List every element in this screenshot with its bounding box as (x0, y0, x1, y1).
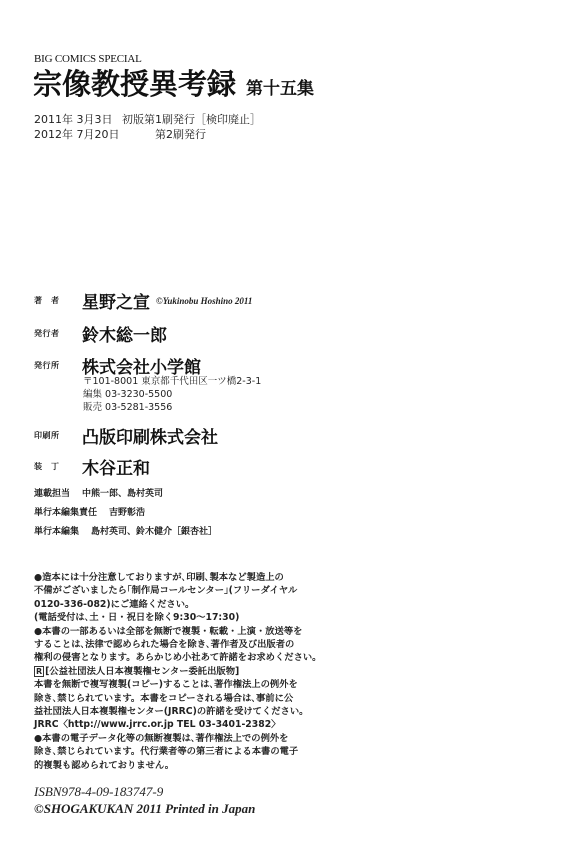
edition-line-2: 2012年 7月20日 第2刷発行 (34, 126, 206, 142)
publisher-copyright: ©SHOGAKUKAN 2011 Printed in Japan (34, 801, 255, 817)
notice-line: 0120-336-082)にご連絡ください。 (34, 598, 321, 611)
editor-label: 単行本編集責任 (34, 508, 97, 518)
notice-line: 本書を無断で複写複製(コピー)することは､著作権法上の例外を (34, 678, 321, 691)
credit-design: 装 丁 木谷正和 (34, 454, 150, 479)
credit-author: 著 者 星野之宣 ©Yukinobu Hoshino 2011 (34, 288, 252, 313)
edition-label: 初版第1刷発行［検印廃止］ (122, 111, 261, 127)
edition-line-1: 2011年 3月3日 初版第1刷発行［検印廃止］ (34, 111, 261, 127)
credit-label: 装 丁 (34, 461, 82, 472)
editor-label: 連載担当 (34, 489, 70, 499)
notice-line: 不備がございましたら｢制作局コールセンター｣(フリーダイヤル (34, 584, 321, 597)
edition-label: 第2刷発行 (122, 126, 206, 142)
notice-line: 除き､禁じられています。代行業者等の第三者による本書の電子 (34, 745, 321, 758)
editor-label: 単行本編集 (34, 527, 79, 537)
credit-label: 著 者 (34, 295, 82, 306)
issuer-name: 鈴木総一郎 (82, 321, 167, 346)
title-row: 宗像教授異考録 第十五集 (33, 67, 314, 101)
notice-line: 権利の侵害となります。あらかじめ小社あて許諾をお求めください。 (34, 651, 321, 664)
publisher-editorial-phone: 編集 03-3230-5500 (83, 386, 172, 400)
volume-number: 第十五集 (246, 74, 314, 99)
publisher-sales-phone: 販売 03-5281-3556 (83, 399, 172, 413)
credit-label: 印刷所 (34, 430, 82, 441)
editor-line: 連載担当中熊一郎、島村英司 (34, 486, 163, 499)
editor-value: 島村英司、鈴木健介［銀杏社］ (91, 527, 217, 537)
publisher-address: 〒101-8001 東京都千代田区一ツ橋2-3-1 (83, 373, 261, 387)
series-name: BIG COMICS SPECIAL (34, 53, 142, 65)
credit-printer: 印刷所 凸版印刷株式会社 (34, 423, 218, 448)
notice-line: (電話受付は､土・日・祝日を除く9:30〜17:30) (34, 611, 321, 624)
legal-notice: ●造本には十分注意しておりますが､印刷､製本など製造上の 不備がございましたら｢… (34, 571, 321, 772)
credit-label: 発行所 (34, 360, 82, 371)
author-copyright: ©Yukinobu Hoshino 2011 (156, 296, 252, 306)
edition-date: 2011年 3月3日 (34, 111, 122, 127)
author-name: 星野之宣 (82, 288, 150, 313)
notice-line: 除き､禁じられています。本書をコピーされる場合は､事前に公 (34, 692, 321, 705)
notice-line: JRRC〈http://www.jrrc.or.jp TEL 03-3401-2… (34, 718, 321, 731)
notice-line: ●本書の電子データ化等の無断複製は､著作権法上での例外を (34, 732, 321, 745)
notice-line: [公益社団法人日本複製権センター委託出版物] (45, 666, 239, 677)
printer-name: 凸版印刷株式会社 (82, 423, 218, 448)
notice-line: 的複製も認められておりません。 (34, 759, 321, 772)
edition-date: 2012年 7月20日 (34, 126, 122, 142)
editor-line: 単行本編集島村英司、鈴木健介［銀杏社］ (34, 524, 217, 537)
editor-line: 単行本編集責任吉野彰浩 (34, 505, 145, 518)
notice-line: ●造本には十分注意しておりますが､印刷､製本など製造上の (34, 571, 321, 584)
credit-issuer: 発行者 鈴木総一郎 (34, 321, 167, 346)
notice-line: 益社団法人日本複製権センター(JRRC)の許諾を受けてください。 (34, 705, 321, 718)
editor-value: 吉野彰浩 (109, 508, 145, 518)
book-title: 宗像教授異考録 (33, 67, 236, 101)
notice-line-jrrc: R[公益社団法人日本複製権センター委託出版物] (34, 665, 321, 678)
r-mark-icon: R (34, 666, 44, 677)
notice-line: することは､法律で認められた場合を除き､著作者及び出版者の (34, 638, 321, 651)
notice-line: ●本書の一部あるいは全部を無断で複製・転載・上演・放送等を (34, 625, 321, 638)
designer-name: 木谷正和 (82, 454, 150, 479)
isbn: ISBN978-4-09-183747-9 (34, 784, 163, 800)
credit-label: 発行者 (34, 328, 82, 339)
editor-value: 中熊一郎、島村英司 (82, 489, 163, 499)
